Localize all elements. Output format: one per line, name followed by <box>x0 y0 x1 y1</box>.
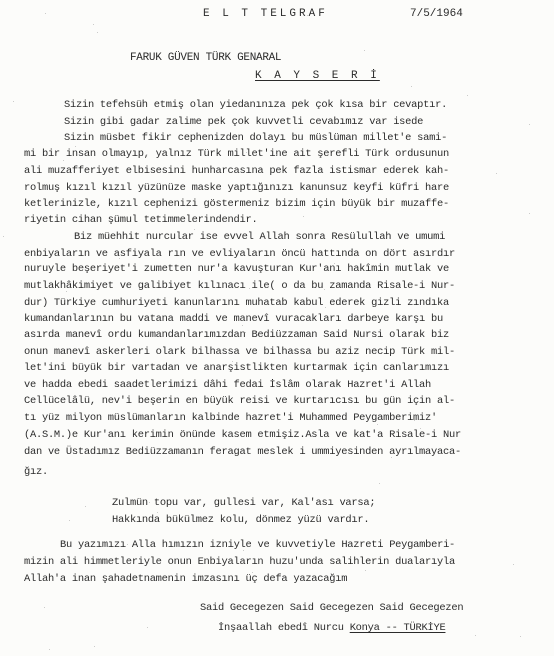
body-line: ğız. <box>24 465 48 479</box>
closing-line: mizin ali himmetleriyle onun Enbiyaların… <box>24 555 455 569</box>
body-line: Sizin gibi gadar zalime pek çok kuvvetli… <box>64 115 423 129</box>
paper-speck <box>297 544 298 545</box>
paper-speck <box>69 520 70 521</box>
paper-speck <box>45 13 46 14</box>
body-line: riyetin cihan şümul tetimmelerindendir. <box>24 213 257 227</box>
signatures: Said Gecegezen Said Gecegezen Said Geceg… <box>200 601 463 615</box>
paper-speck <box>85 506 86 507</box>
paper-speck <box>365 570 366 571</box>
paper-speck <box>49 649 50 650</box>
paper-speck <box>245 332 246 333</box>
body-line: ketlerinizle, kızıl cephenizi göstermeni… <box>24 197 449 211</box>
body-line: let'ini büyük bir vartadan ve anarşistli… <box>24 361 449 375</box>
body-line: ali muzafferiyet elbisesini hunharcasına… <box>24 164 449 178</box>
closing-line: Allah'a inan şahadetnamenin imzasını üç … <box>24 572 347 586</box>
paper-speck <box>529 213 530 214</box>
paper-speck <box>467 95 468 96</box>
paper-speck <box>26 270 27 271</box>
body-line: kumandanlarının bu vatana maddi ve manev… <box>24 312 443 326</box>
verse-line: Hakkında bükülmez kolu, dönmez yüzü vard… <box>112 513 369 527</box>
paper-speck <box>147 627 148 628</box>
paper-speck <box>243 550 244 551</box>
paper-speck <box>249 288 250 289</box>
paper-speck <box>326 269 327 270</box>
paper-speck <box>43 576 44 577</box>
paper-speck <box>149 502 150 503</box>
paper-speck <box>529 124 530 125</box>
signature-location: Konya -- TÜRKİYE <box>350 622 446 634</box>
paper-speck <box>157 512 158 513</box>
paper-speck <box>310 319 311 320</box>
paper-speck <box>372 103 373 104</box>
body-line: tı yüz milyon müslümanların kalbinde haz… <box>24 411 437 425</box>
paper-speck <box>271 367 272 368</box>
paper-speck <box>44 607 45 608</box>
body-line: Cellücelâlü, nev'i beşerin en büyük reis… <box>24 394 455 408</box>
body-line: nuruyle beşeriyet'i zumetten nur'a kavuş… <box>24 262 449 276</box>
body-line: dur) Türkiye cumhuriyeti kanunlarını muh… <box>24 296 449 310</box>
body-line: Sizin müsbet fikir cephenizden dolayı bu… <box>64 131 447 145</box>
paper-speck <box>496 173 497 174</box>
paper-speck <box>97 32 98 33</box>
paper-speck <box>324 289 325 290</box>
body-line: mi bir insan olmayıp, yalnız Türk millet… <box>24 147 449 161</box>
recipient-city: K A Y S E R İ <box>255 69 380 83</box>
paper-speck <box>75 146 76 147</box>
paper-speck <box>179 234 180 235</box>
paper-speck <box>520 636 521 637</box>
paper-speck <box>391 457 392 458</box>
body-line: onun manevî askerleri olark bilhassa ve … <box>24 345 455 359</box>
paper-speck <box>242 325 243 326</box>
body-line: ve hadda ebedi saadetlerimizi dâhi fedai… <box>24 378 431 392</box>
paper-speck <box>13 101 14 102</box>
body-line: asırda manevî ordu kumandanlarımızdan Be… <box>24 328 449 342</box>
paper-speck <box>364 50 365 51</box>
paper-speck <box>252 572 253 573</box>
paper-speck <box>411 86 412 87</box>
paper-speck <box>334 263 335 264</box>
paper-speck <box>325 307 326 308</box>
paper-speck <box>379 483 380 484</box>
paper-speck <box>246 152 247 153</box>
paper-speck <box>63 160 64 161</box>
recipient-name: FARUK GÜVEN TÜRK GENARAL <box>130 51 281 65</box>
signature-line: İnşaallah ebedî Nurcu Konya -- TÜRKİYE <box>218 621 445 635</box>
paper-speck <box>420 428 421 429</box>
paper-speck <box>414 420 415 421</box>
paper-speck <box>94 646 95 647</box>
document-date: 7/5/1964 <box>410 7 463 21</box>
paper-speck <box>127 544 128 545</box>
paper-speck <box>475 635 476 636</box>
body-line: mutlakhâkimiyet ve galibiyet kılınacı il… <box>24 279 455 293</box>
closing-line: Bu yazımızı Alla hımızın izniyle ve kuvv… <box>60 538 455 552</box>
paper-speck <box>276 154 277 155</box>
paper-speck <box>232 361 233 362</box>
body-line: (A.S.M.)e Kur'anı kerimin önünde kasem e… <box>24 428 461 442</box>
paper-speck <box>119 258 120 259</box>
paper-speck <box>303 216 304 217</box>
paper-speck <box>377 424 378 425</box>
body-line: Biz müehhit nurcular ise evvel Allah son… <box>74 230 445 244</box>
signature-prefix: İnşaallah ebedî Nurcu <box>218 622 350 634</box>
paper-speck <box>93 24 94 25</box>
body-line: enbiyaların ve asfiyala rın ve evliyalar… <box>24 247 455 261</box>
body-line: Sizin tefehsüh etmiş olan yiedanınıza pe… <box>64 98 447 112</box>
paper-speck <box>146 155 147 156</box>
telegram-page: E L T TELGRAF 7/5/1964 FARUK GÜVEN TÜRK … <box>0 0 554 656</box>
paper-speck <box>194 229 195 230</box>
paper-speck <box>66 291 67 292</box>
paper-speck <box>260 154 261 155</box>
document-title: E L T TELGRAF <box>203 7 328 21</box>
body-line: dan ve Üstadımız Bediüzzamanın feragat m… <box>24 445 461 459</box>
verse-line: Zulmün topu var, gullesi var, Kal'ası va… <box>112 496 375 510</box>
paper-speck <box>249 59 250 60</box>
paper-speck <box>372 184 373 185</box>
paper-speck <box>132 579 133 580</box>
paper-speck <box>3 236 4 237</box>
body-line: rolmuş kızıl kızıl yüzünüze maske yaptığ… <box>24 181 449 195</box>
paper-speck <box>307 15 308 16</box>
paper-speck <box>513 564 514 565</box>
